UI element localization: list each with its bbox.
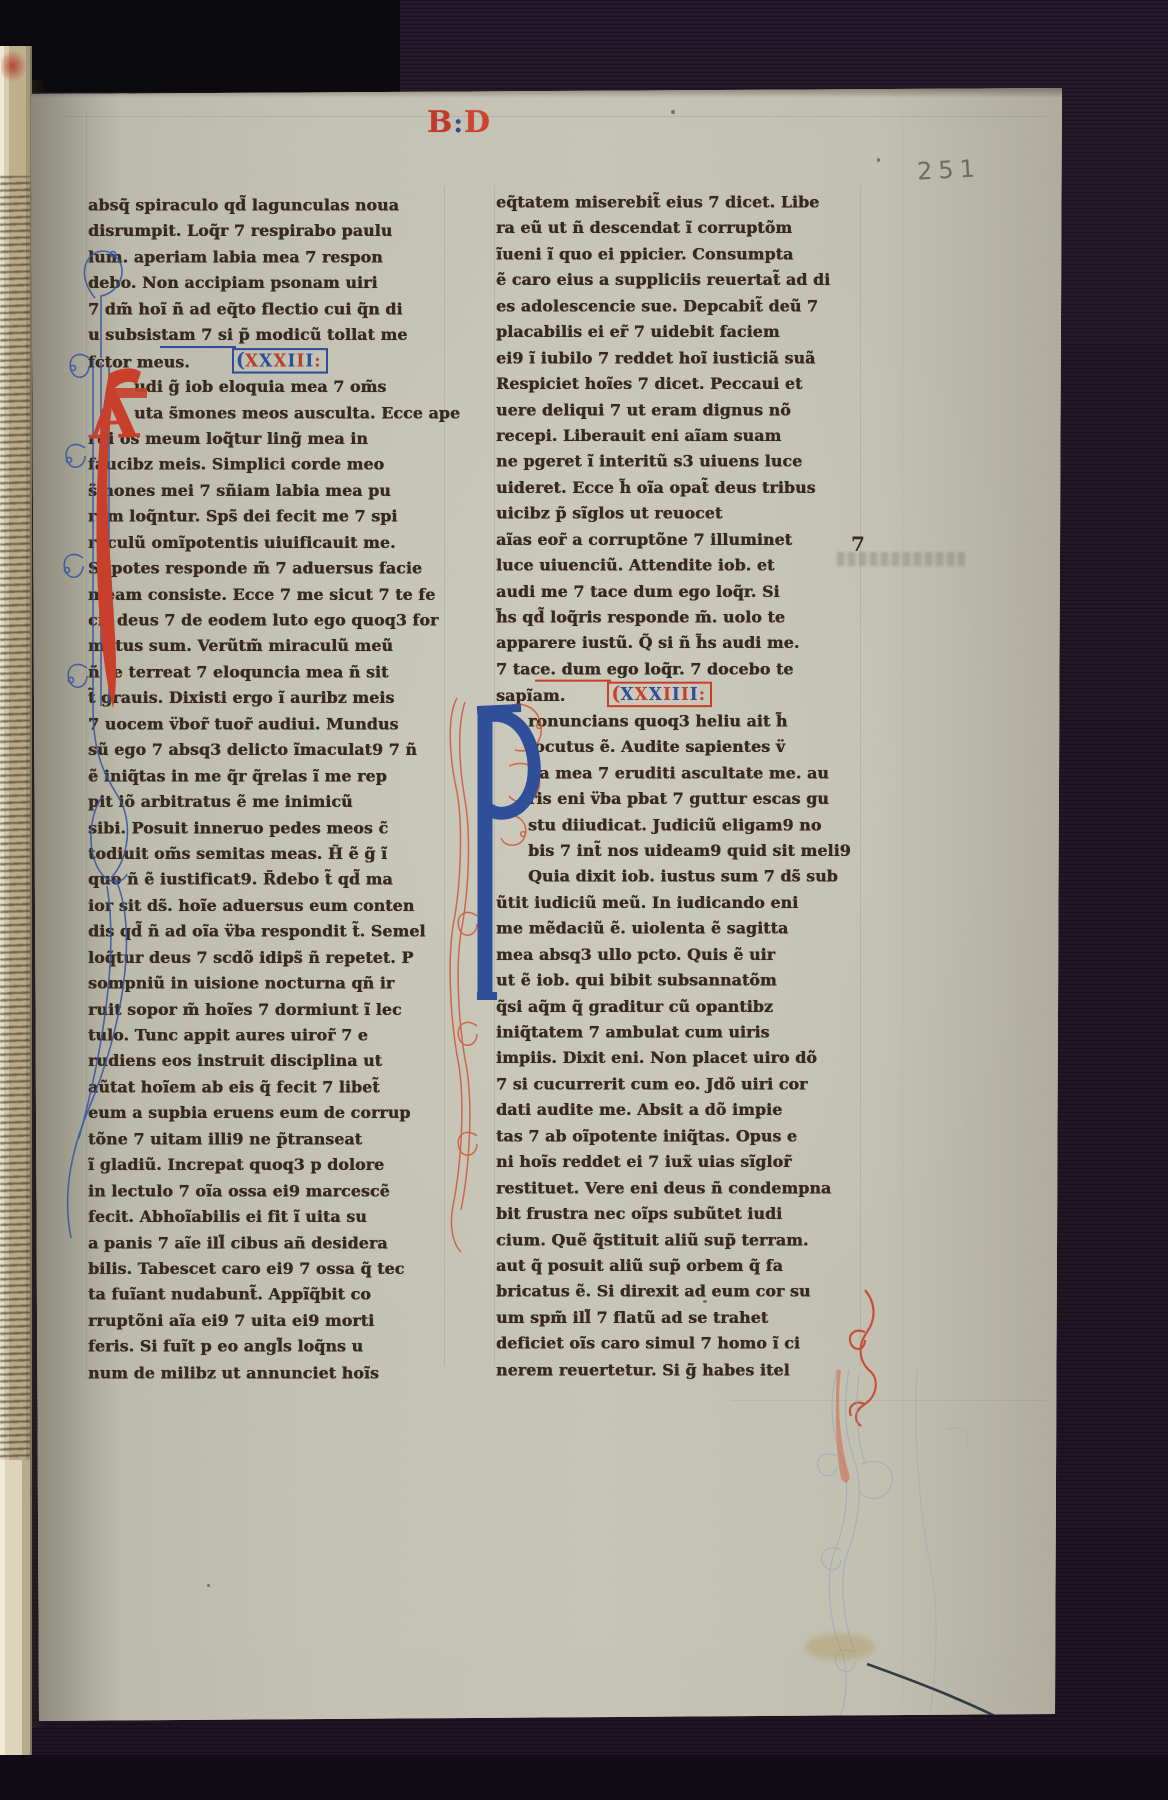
text-line-content: h̃s qd̃ loq̃ris responde m̃. uolo te <box>496 607 785 626</box>
initial-a: A <box>87 378 142 455</box>
initial-p-flourish <box>443 696 563 1256</box>
text-line: eq̃tatem miserebit̃ eius 7 dicet. Libe <box>496 189 868 215</box>
text-line: apparere iustũ. Q̃ si ñ h̃s audi me. <box>496 630 868 656</box>
text-line: audi me 7 tace dum ego loq̃r. Si <box>496 578 868 604</box>
text-line-content: recepi. Liberauit eni aĩam suam <box>496 426 781 445</box>
running-title-letter: D <box>464 105 491 140</box>
text-line: uere deliqui 7 ut eram dignus nõ <box>496 397 868 423</box>
text-line-content: feris. Si fuĩt p eo angl̃s loq̃ns u <box>88 1337 363 1356</box>
stain <box>805 1634 875 1660</box>
text-line: placabilis ei er̃ 7 uidebit faciem <box>496 319 868 345</box>
text-line: bricatus ẽ. Si direxit ad eum cor su <box>496 1279 868 1305</box>
text-line: aĩas eor̃ a corruptõne 7 illuminet <box>496 526 868 552</box>
text-line: ne pgeret ĩ interitũ s3 uiuens luce <box>496 448 868 474</box>
text-line-content: um spm̃ ill̃ 7 flatũ ad se trahet <box>496 1308 768 1327</box>
manuscript-photo: B:D 251 absq̃ spiraculo qd̃ lagunculas n… <box>0 0 1168 1800</box>
text-line-content: Quia dixit iob. iustus sum 7 ds̃ sub <box>528 867 838 886</box>
speck <box>877 158 880 162</box>
speck <box>207 1584 210 1587</box>
text-line: ĩueni ĩ quo ei ppicier. Consumpta <box>496 241 868 267</box>
text-line-content: aĩas eor̃ a corruptõne 7 illuminet <box>496 529 792 548</box>
text-line: recepi. Liberauit eni aĩam suam <box>496 423 868 449</box>
text-line-content: deficiet oĩs caro simul 7 homo ĩ ci <box>496 1334 800 1353</box>
text-line-content: ra eũ ut ñ descendat ĩ corruptõm <box>496 218 792 237</box>
folio-number: 251 <box>916 154 981 185</box>
erased-marginal-note <box>837 552 965 566</box>
text-line: 7 tace. dum ego loq̃r. 7 docebo te <box>496 656 868 682</box>
text-line: feris. Si fuĩt p eo angl̃s loq̃ns u <box>88 1334 448 1360</box>
text-line-content: Respiciet hoĩes 7 dicet. Peccaui et <box>496 374 802 393</box>
text-line-content: ronuncians quoq3 heliu ait h̃ <box>528 711 788 730</box>
text-line-content: ba mea 7 eruditi ascultate me. au <box>528 763 829 782</box>
text-line-content: placabilis ei er̃ 7 uidebit faciem <box>496 322 780 341</box>
facing-page-text-edge <box>0 176 30 1506</box>
backdrop-bottom <box>0 1755 1168 1800</box>
text-line-content: stu diiudicat. Judiciũ eligam9 no <box>528 815 821 834</box>
facing-page-edge <box>0 46 32 1760</box>
ruling-line <box>61 116 1046 117</box>
text-line: luce uiuenciũ. Attendite iob. et <box>496 552 868 578</box>
text-line-content: nerem reuertetur. Si g̃ habes itel <box>496 1360 790 1379</box>
backdrop-shadow-top-left <box>0 0 400 92</box>
text-line-content: num de milibz ut annunciet hoĩs <box>88 1363 379 1382</box>
text-line-content: ne pgeret ĩ interitũ s3 uiuens luce <box>496 452 802 471</box>
text-line: es adolescencie sue. Depcabit̃ deũ 7 <box>496 293 868 319</box>
running-title-letter: B <box>427 105 453 140</box>
chapter-rubric: (XXXIII: <box>232 348 328 374</box>
text-line-content: apparere iustũ. Q̃ si ñ h̃s audi me. <box>496 633 799 652</box>
text-line: ei9 ĩ iubilo 7 reddet hoĩ iusticiã suã <box>496 345 868 371</box>
manuscript-page: B:D 251 absq̃ spiraculo qd̃ lagunculas n… <box>31 88 1063 1722</box>
text-line: ẽ caro eius a suppliciis reuertat̃ ad di <box>496 267 868 293</box>
text-line: uicibz p̃ sĩglos ut reuocet <box>496 500 868 526</box>
chapter-rubric: (XXXIIII: <box>607 682 712 708</box>
facing-page-lower-edge <box>0 1460 30 1760</box>
text-line: absq̃ spiraculo qd̃ lagunculas noua <box>88 192 448 218</box>
text-line-content: ĩueni ĩ quo ei ppicier. Consumpta <box>496 244 793 263</box>
text-line-content: ris eni v̈ba pbat 7 guttur escas gu <box>528 789 829 808</box>
speck <box>703 1300 707 1303</box>
red-edge-mark <box>1 50 27 82</box>
text-line-content: bricatus ẽ. Si direxit ad eum cor su <box>496 1282 810 1301</box>
text-line-content: uideret. Ecce h̃ oĩa opat̃ deus tribus <box>496 477 816 496</box>
offset-flourish-sketch <box>797 1370 1047 1722</box>
text-line: aut q̃ posuit aliũ sup̃ orbem q̃ fa <box>496 1253 868 1279</box>
text-line-content: absq̃ spiraculo qd̃ lagunculas noua <box>88 195 399 214</box>
text-line: h̃s qd̃ loq̃ris responde m̃. uolo te <box>496 604 868 630</box>
text-line-content: aut q̃ posuit aliũ sup̃ orbem q̃ fa <box>496 1256 783 1275</box>
text-line-content: ei9 ĩ iubilo 7 reddet hoĩ iusticiã suã <box>496 348 815 367</box>
text-line-content: es adolescencie sue. Depcabit̃ deũ 7 <box>496 296 818 315</box>
text-line-content: locutus ẽ. Audite sapientes v̈ <box>528 737 785 756</box>
running-title: B:D <box>427 106 491 141</box>
text-line-content: uere deliqui 7 ut eram dignus nõ <box>496 400 791 419</box>
text-line: ra eũ ut ñ descendat ĩ corruptõm <box>496 215 868 241</box>
text-line-content: luce uiuenciũ. Attendite iob. et <box>496 555 774 574</box>
text-line: um spm̃ ill̃ 7 flatũ ad se trahet <box>496 1305 868 1331</box>
text-line-content: uta s̃mones meos ausculta. Ecce ape <box>134 403 460 422</box>
initial-a-flourish: A <box>49 238 179 1318</box>
text-line: num de milibz ut annunciet hoĩs <box>88 1360 448 1386</box>
speck <box>671 110 675 114</box>
pen-trial-line <box>867 1664 1041 1722</box>
text-line: uideret. Ecce h̃ oĩa opat̃ deus tribus <box>496 474 868 500</box>
text-line-content: uicibz p̃ sĩglos ut reuocet <box>496 503 722 522</box>
text-line-content: bis 7 int̃ nos uideam9 quid sit meli9 <box>528 841 851 860</box>
text-line: deficiet oĩs caro simul 7 homo ĩ ci <box>496 1331 868 1357</box>
running-title-letter: : <box>453 109 464 139</box>
text-line-content: audi me 7 tace dum ego loq̃r. Si <box>496 581 780 600</box>
text-line-content: eq̃tatem miserebit̃ eius 7 dicet. Libe <box>496 192 819 211</box>
text-line: Respiciet hoĩes 7 dicet. Peccaui et <box>496 371 868 397</box>
text-line-content: ẽ caro eius a suppliciis reuertat̃ ad di <box>496 270 830 289</box>
text-line-content: 7 tace. dum ego loq̃r. 7 docebo te <box>496 659 794 678</box>
